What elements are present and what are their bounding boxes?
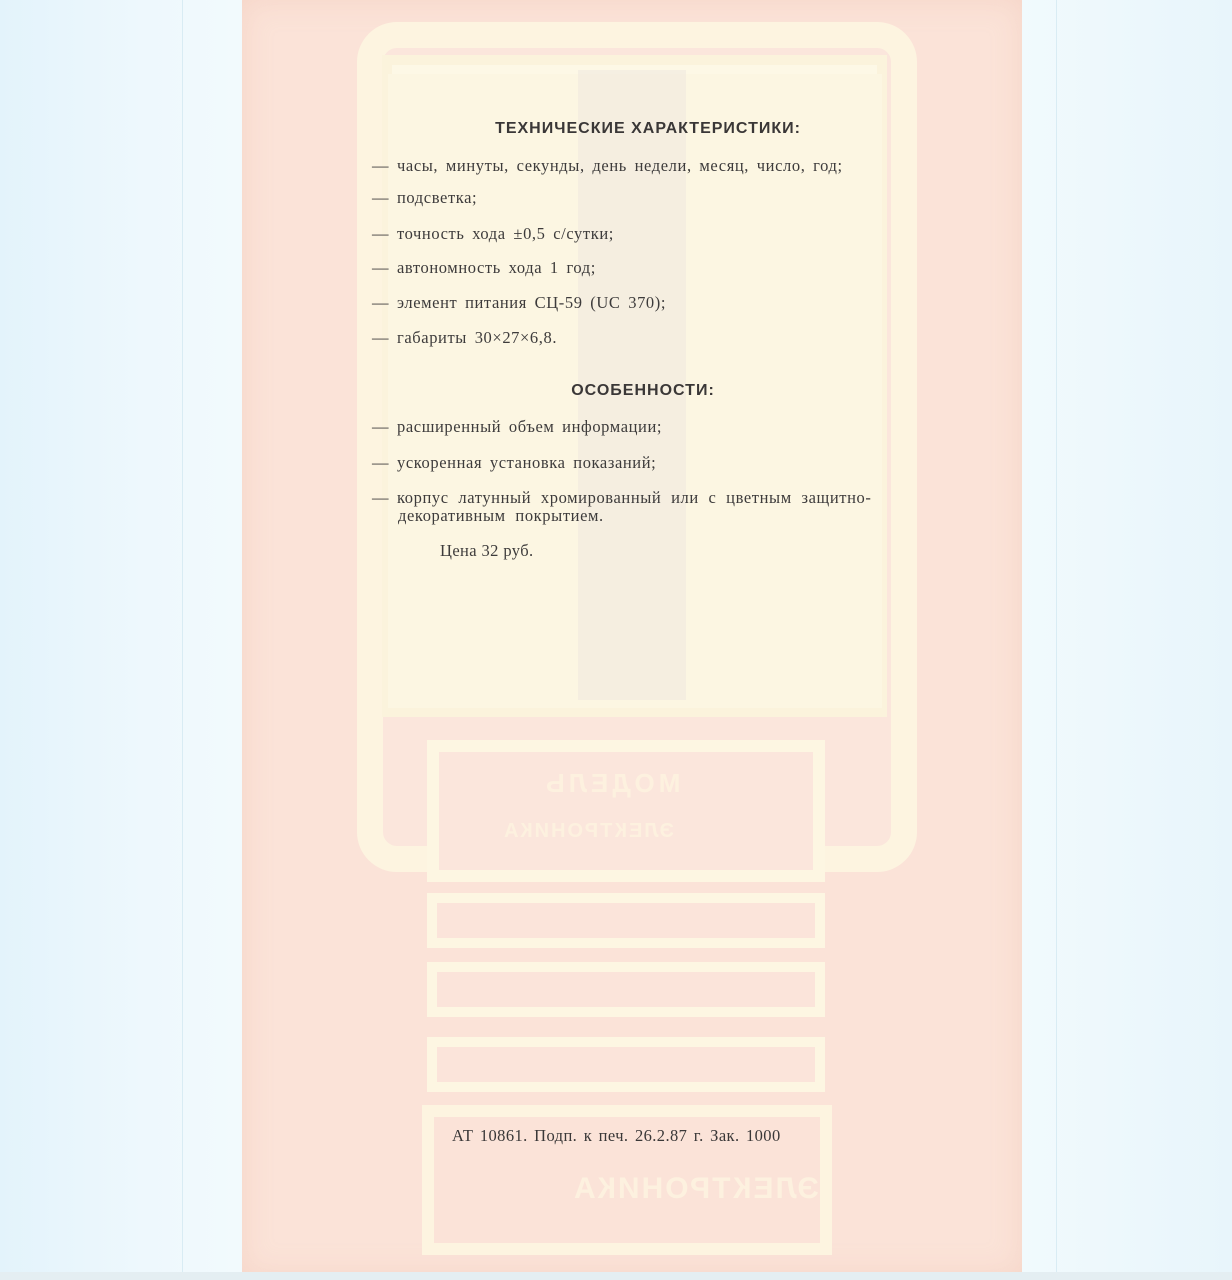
scan-artifact-line (182, 0, 183, 1280)
dash-bullet: — (372, 329, 397, 347)
spec-item: —автономность хода 1 год; (372, 259, 902, 277)
scan-artifact-line (1056, 0, 1057, 1280)
spec-item: —элемент питания СЦ-59 (UC 370); (372, 294, 902, 312)
spec-item-text: подсветка; (397, 188, 477, 207)
leaflet-content: ТЕХНИЧЕСКИЕ ХАРАКТЕРИСТИКИ: —часы, минут… (242, 0, 1022, 1275)
spec-item-text: точность хода ±0,5 с/сутки; (397, 224, 614, 243)
feature-item: —корпус латунный хромированный или с цве… (372, 489, 902, 525)
features-heading: ОСОБЕННОСТИ: (253, 382, 1022, 400)
scan-background-left (0, 0, 242, 1280)
dash-bullet: — (372, 489, 397, 507)
feature-item-text: расширенный объем информации; (397, 417, 662, 436)
leaflet-page: МОДЕЛЬ ЭЛЕКТРОНИКА ЭЛЕКТРОНИКА ТЕХНИЧЕСК… (242, 0, 1022, 1275)
spec-item-text: автономность хода 1 год; (397, 258, 596, 277)
feature-item-text: корпус латунный хромированный или с цвет… (397, 488, 871, 507)
spec-item: —габариты 30×27×6,8. (372, 329, 902, 347)
spec-item-text: элемент питания СЦ-59 (UC 370); (397, 293, 666, 312)
spec-item-text: часы, минуты, секунды, день недели, меся… (397, 156, 843, 175)
dash-bullet: — (372, 157, 397, 175)
dash-bullet: — (372, 294, 397, 312)
spec-item: —точность хода ±0,5 с/сутки; (372, 225, 902, 243)
print-imprint: АТ 10861. Подп. к печ. 26.2.87 г. Зак. 1… (452, 1126, 781, 1146)
feature-item: —ускоренная установка показаний; (372, 454, 902, 472)
spec-item-text: габариты 30×27×6,8. (397, 328, 557, 347)
dash-bullet: — (372, 259, 397, 277)
dash-bullet: — (372, 454, 397, 472)
scan-background-right (1022, 0, 1232, 1280)
scan-bottom-edge (0, 1272, 1232, 1280)
feature-item: —расширенный объем информации; (372, 418, 902, 436)
spec-item: —часы, минуты, секунды, день недели, мес… (372, 157, 902, 175)
feature-item-continuation: декоративным покрытием. (372, 507, 902, 525)
spec-item: —подсветка; (372, 189, 902, 207)
feature-item-text: ускоренная установка показаний; (397, 453, 656, 472)
price-label: Цена 32 руб. (440, 541, 534, 561)
specs-heading: ТЕХНИЧЕСКИЕ ХАРАКТЕРИСТИКИ: (258, 120, 1022, 138)
dash-bullet: — (372, 418, 397, 436)
dash-bullet: — (372, 225, 397, 243)
dash-bullet: — (372, 189, 397, 207)
